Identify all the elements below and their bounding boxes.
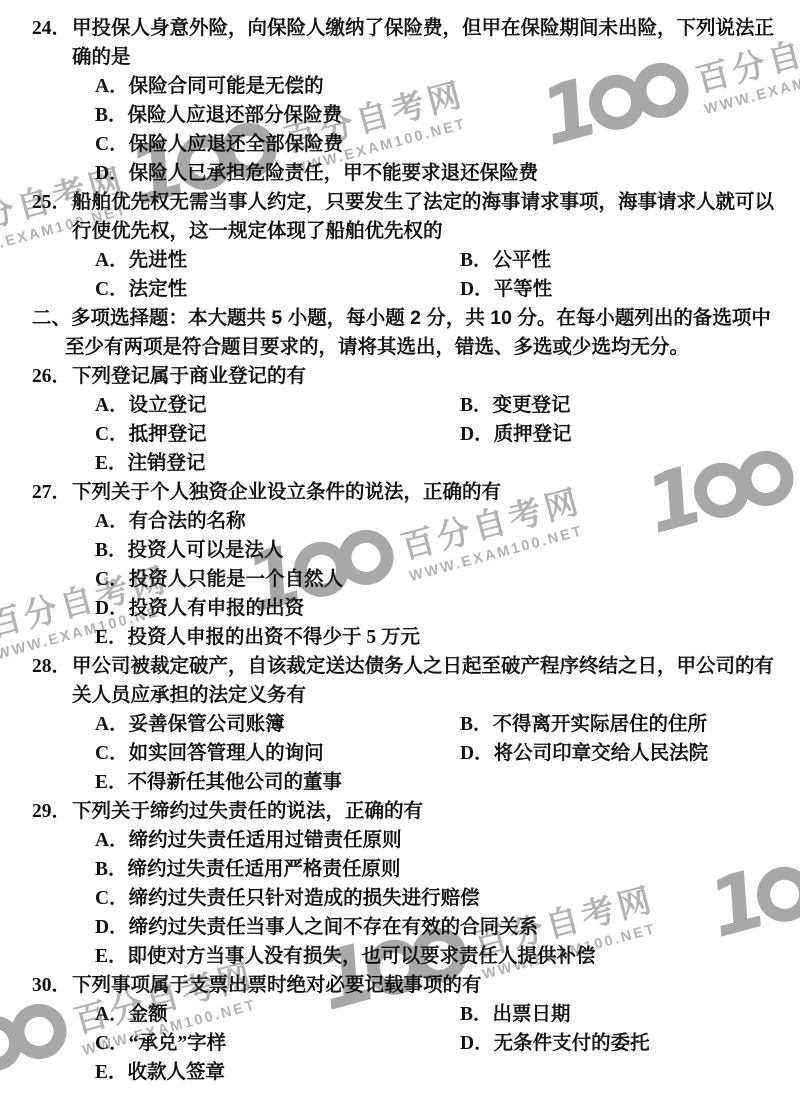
question-stem-text: 确的是	[72, 47, 131, 68]
question-option: D．保险人已承担危险责任，甲不能要求退还保险费	[95, 159, 538, 188]
question-stem-line: 26．下列登记属于商业登记的有	[32, 362, 800, 391]
option-label: C．	[95, 743, 129, 764]
option-label: E．	[95, 946, 128, 967]
option-label: A．	[95, 76, 129, 97]
option-text: 先进性	[129, 250, 188, 271]
section-marker: 二、	[32, 304, 71, 333]
option-label: A．	[95, 714, 129, 735]
option-row: A．金额B．出票日期	[32, 1000, 800, 1029]
option-text: 妥善保管公司账簿	[129, 714, 285, 735]
option-text: 公平性	[493, 250, 552, 271]
question-option: D．缔约过失责任当事人之间不存在有效的合同关系	[95, 913, 538, 942]
question-stem-text: 关人员应承担的法定义务有	[72, 685, 306, 706]
option-label: D．	[460, 743, 494, 764]
question-option: A．保险合同可能是无偿的	[95, 72, 324, 101]
question-option: D．投资人有申报的出资	[95, 594, 304, 623]
question-option: C．抵押登记	[95, 420, 460, 449]
question-option: C．“承兑”字样	[95, 1029, 460, 1058]
option-label: E．	[95, 453, 128, 474]
option-row: E．不得新任其他公司的董事	[32, 768, 800, 797]
option-label: B．	[460, 395, 493, 416]
option-text: 保险合同可能是无偿的	[129, 76, 324, 97]
option-row: A．保险合同可能是无偿的	[32, 72, 800, 101]
option-row: D．投资人有申报的出资	[32, 594, 800, 623]
option-row: B．保险人应退还部分保险费	[32, 101, 800, 130]
option-text: 投资人申报的出资不得少于 5 万元	[128, 627, 421, 648]
option-row: E．即使对方当事人没有损失，也可以要求责任人提供补偿	[32, 942, 800, 971]
option-text: 投资人可以是法人	[128, 540, 284, 561]
question-block: 26．下列登记属于商业登记的有A．设立登记B．变更登记C．抵押登记D．质押登记E…	[32, 362, 800, 478]
option-row: B．投资人可以是法人	[32, 536, 800, 565]
question-number: 24．	[32, 14, 72, 43]
option-text: 如实回答管理人的询问	[129, 743, 324, 764]
question-number: 26．	[32, 362, 72, 391]
option-label: A．	[95, 1004, 129, 1025]
question-stem-line: 30．下列事项属于支票出票时绝对必要记载事项的有	[32, 971, 800, 1000]
option-label: B．	[95, 105, 128, 126]
option-label: B．	[460, 250, 493, 271]
option-row: A．有合法的名称	[32, 507, 800, 536]
option-text: 出票日期	[493, 1004, 571, 1025]
option-row: A．妥善保管公司账簿B．不得离开实际居住的住所	[32, 710, 800, 739]
section-header-line: 二、多项选择题：本大题共 5 小题，每小题 2 分，共 10 分。在每小题列出的…	[32, 304, 800, 333]
question-option: D．平等性	[460, 275, 552, 304]
question-number: 29．	[32, 797, 72, 826]
question-stem-line: 29．下列关于缔约过失责任的说法，正确的有	[32, 797, 800, 826]
option-label: C．	[95, 134, 129, 155]
question-stem-text: 船舶优先权无需当事人约定，只要发生了法定的海事请求事项，海事请求人就可以	[72, 188, 774, 217]
option-text: 缔约过失责任适用严格责任原则	[128, 859, 401, 880]
option-text: 保险人已承担危险责任，甲不能要求退还保险费	[129, 163, 539, 184]
question-option: B．公平性	[460, 246, 551, 275]
option-label: D．	[95, 163, 129, 184]
option-label: C．	[95, 569, 129, 590]
option-row: C．“承兑”字样D．无条件支付的委托	[32, 1029, 800, 1058]
option-text: 缔约过失责任只针对造成的损失进行赔偿	[129, 888, 480, 909]
question-option: E．收款人签章	[95, 1058, 225, 1087]
option-label: E．	[95, 627, 128, 648]
option-row: A．设立登记B．变更登记	[32, 391, 800, 420]
option-label: A．	[95, 395, 129, 416]
option-text: 收款人签章	[128, 1062, 226, 1083]
option-text: 投资人有申报的出资	[129, 598, 305, 619]
question-stem-line: 确的是	[32, 43, 800, 72]
question-stem-line: 24．甲投保人身意外险，向保险人缴纳了保险费，但甲在保险期间未出险，下列说法正	[32, 14, 800, 43]
option-text: 金额	[129, 1004, 168, 1025]
question-option: E．不得新任其他公司的董事	[95, 768, 342, 797]
question-stem-line: 28．甲公司被裁定破产，自该裁定送达债务人之日起至破产程序终结之日，甲公司的有	[32, 652, 800, 681]
option-row: D．缔约过失责任当事人之间不存在有效的合同关系	[32, 913, 800, 942]
option-label: A．	[95, 250, 129, 271]
question-option: A．缔约过失责任适用过错责任原则	[95, 826, 402, 855]
option-row: A．缔约过失责任适用过错责任原则	[32, 826, 800, 855]
option-label: B．	[460, 714, 493, 735]
option-label: C．	[95, 424, 129, 445]
option-label: B．	[95, 859, 128, 880]
question-option: C．投资人只能是一个自然人	[95, 565, 343, 594]
question-option: A．有合法的名称	[95, 507, 246, 536]
question-number: 28．	[32, 652, 72, 681]
question-option: D．质押登记	[460, 420, 572, 449]
question-stem-line: 行使优先权，这一规定体现了船舶优先权的	[32, 217, 800, 246]
question-option: C．如实回答管理人的询问	[95, 739, 460, 768]
question-option: A．妥善保管公司账簿	[95, 710, 460, 739]
question-stem-line: 25．船舶优先权无需当事人约定，只要发生了法定的海事请求事项，海事请求人就可以	[32, 188, 800, 217]
option-text: 设立登记	[129, 395, 207, 416]
option-label: A．	[95, 511, 129, 532]
question-option: C．法定性	[95, 275, 460, 304]
question-block: 24．甲投保人身意外险，向保险人缴纳了保险费，但甲在保险期间未出险，下列说法正确…	[32, 14, 800, 188]
option-row: E．收款人签章	[32, 1058, 800, 1087]
question-stem-text: 甲公司被裁定破产，自该裁定送达债务人之日起至破产程序终结之日，甲公司的有	[72, 652, 774, 681]
question-option: E．注销登记	[95, 449, 206, 478]
option-label: D．	[95, 598, 129, 619]
question-option: E．投资人申报的出资不得少于 5 万元	[95, 623, 420, 652]
option-row: C．保险人应退还全部保险费	[32, 130, 800, 159]
question-number: 30．	[32, 971, 72, 1000]
option-row: A．先进性B．公平性	[32, 246, 800, 275]
option-text: 注销登记	[128, 453, 206, 474]
question-option: C．保险人应退还全部保险费	[95, 130, 343, 159]
option-text: 法定性	[129, 279, 188, 300]
option-label: D．	[460, 1033, 494, 1054]
exam-content: 24．甲投保人身意外险，向保险人缴纳了保险费，但甲在保险期间未出险，下列说法正确…	[0, 0, 800, 1087]
option-text: 无条件支付的委托	[494, 1033, 650, 1054]
option-row: E．注销登记	[32, 449, 800, 478]
question-option: B．不得离开实际居住的住所	[460, 710, 707, 739]
question-option: E．即使对方当事人没有损失，也可以要求责任人提供补偿	[95, 942, 596, 971]
exam-page: 1百分自考网WWW.EXAM100.NET1百分自考网WWW.EXAM100.N…	[0, 0, 800, 1105]
question-stem-text: 下列事项属于支票出票时绝对必要记载事项的有	[72, 971, 482, 1000]
option-text: 不得离开实际居住的住所	[493, 714, 708, 735]
section-header-line: 至少有两项是符合题目要求的，请将其选出，错选、多选或少选均无分。	[32, 333, 800, 362]
question-option: B．缔约过失责任适用严格责任原则	[95, 855, 401, 884]
option-text: 有合法的名称	[129, 511, 246, 532]
question-option: D．将公司印章交给人民法院	[460, 739, 708, 768]
option-text: 缔约过失责任当事人之间不存在有效的合同关系	[129, 917, 539, 938]
option-row: B．缔约过失责任适用严格责任原则	[32, 855, 800, 884]
question-option: D．无条件支付的委托	[460, 1029, 650, 1058]
option-text: 抵押登记	[129, 424, 207, 445]
option-text: 质押登记	[494, 424, 572, 445]
option-row: C．投资人只能是一个自然人	[32, 565, 800, 594]
option-text: 保险人应退还全部保险费	[129, 134, 344, 155]
option-label: D．	[460, 279, 494, 300]
option-row: C．如实回答管理人的询问D．将公司印章交给人民法院	[32, 739, 800, 768]
option-text: 平等性	[494, 279, 553, 300]
option-row: C．法定性D．平等性	[32, 275, 800, 304]
question-block: 29．下列关于缔约过失责任的说法，正确的有A．缔约过失责任适用过错责任原则B．缔…	[32, 797, 800, 971]
question-stem-text: 下列关于个人独资企业设立条件的说法，正确的有	[72, 478, 501, 507]
question-number: 27．	[32, 478, 72, 507]
question-block: 27．下列关于个人独资企业设立条件的说法，正确的有A．有合法的名称B．投资人可以…	[32, 478, 800, 652]
question-block: 30．下列事项属于支票出票时绝对必要记载事项的有A．金额B．出票日期C．“承兑”…	[32, 971, 800, 1087]
option-text: 投资人只能是一个自然人	[129, 569, 344, 590]
option-text: 保险人应退还部分保险费	[128, 105, 343, 126]
question-option: A．设立登记	[95, 391, 460, 420]
option-label: E．	[95, 1062, 128, 1083]
question-option: B．保险人应退还部分保险费	[95, 101, 342, 130]
question-option: A．金额	[95, 1000, 460, 1029]
option-label: A．	[95, 830, 129, 851]
option-text: 即使对方当事人没有损失，也可以要求责任人提供补偿	[128, 946, 596, 967]
option-row: C．缔约过失责任只针对造成的损失进行赔偿	[32, 884, 800, 913]
option-text: “承兑”字样	[129, 1033, 227, 1054]
section-header: 二、多项选择题：本大题共 5 小题，每小题 2 分，共 10 分。在每小题列出的…	[32, 304, 800, 362]
option-label: C．	[95, 279, 129, 300]
option-row: C．抵押登记D．质押登记	[32, 420, 800, 449]
option-text: 变更登记	[493, 395, 571, 416]
question-number: 25．	[32, 188, 72, 217]
option-label: C．	[95, 888, 129, 909]
question-option: C．缔约过失责任只针对造成的损失进行赔偿	[95, 884, 480, 913]
question-stem-text: 甲投保人身意外险，向保险人缴纳了保险费，但甲在保险期间未出险，下列说法正	[72, 14, 774, 43]
option-text: 将公司印章交给人民法院	[494, 743, 709, 764]
option-row: E．投资人申报的出资不得少于 5 万元	[32, 623, 800, 652]
question-block: 25．船舶优先权无需当事人约定，只要发生了法定的海事请求事项，海事请求人就可以行…	[32, 188, 800, 304]
section-header-text: 至少有两项是符合题目要求的，请将其选出，错选、多选或少选均无分。	[65, 336, 689, 358]
question-stem-line: 27．下列关于个人独资企业设立条件的说法，正确的有	[32, 478, 800, 507]
question-block: 28．甲公司被裁定破产，自该裁定送达债务人之日起至破产程序终结之日，甲公司的有关…	[32, 652, 800, 797]
question-stem-text: 下列登记属于商业登记的有	[72, 362, 306, 391]
option-label: E．	[95, 772, 128, 793]
option-label: B．	[460, 1004, 493, 1025]
question-option: B．投资人可以是法人	[95, 536, 284, 565]
question-option: A．先进性	[95, 246, 460, 275]
question-option: B．出票日期	[460, 1000, 571, 1029]
option-row: D．保险人已承担危险责任，甲不能要求退还保险费	[32, 159, 800, 188]
section-header-text: 多项选择题：本大题共 5 小题，每小题 2 分，共 10 分。在每小题列出的备选…	[71, 304, 771, 333]
question-option: B．变更登记	[460, 391, 571, 420]
option-text: 不得新任其他公司的董事	[128, 772, 343, 793]
option-label: B．	[95, 540, 128, 561]
question-stem-text: 行使优先权，这一规定体现了船舶优先权的	[72, 221, 443, 242]
option-text: 缔约过失责任适用过错责任原则	[129, 830, 402, 851]
option-label: C．	[95, 1033, 129, 1054]
option-label: D．	[460, 424, 494, 445]
question-stem-line: 关人员应承担的法定义务有	[32, 681, 800, 710]
option-label: D．	[95, 917, 129, 938]
question-stem-text: 下列关于缔约过失责任的说法，正确的有	[72, 797, 423, 826]
